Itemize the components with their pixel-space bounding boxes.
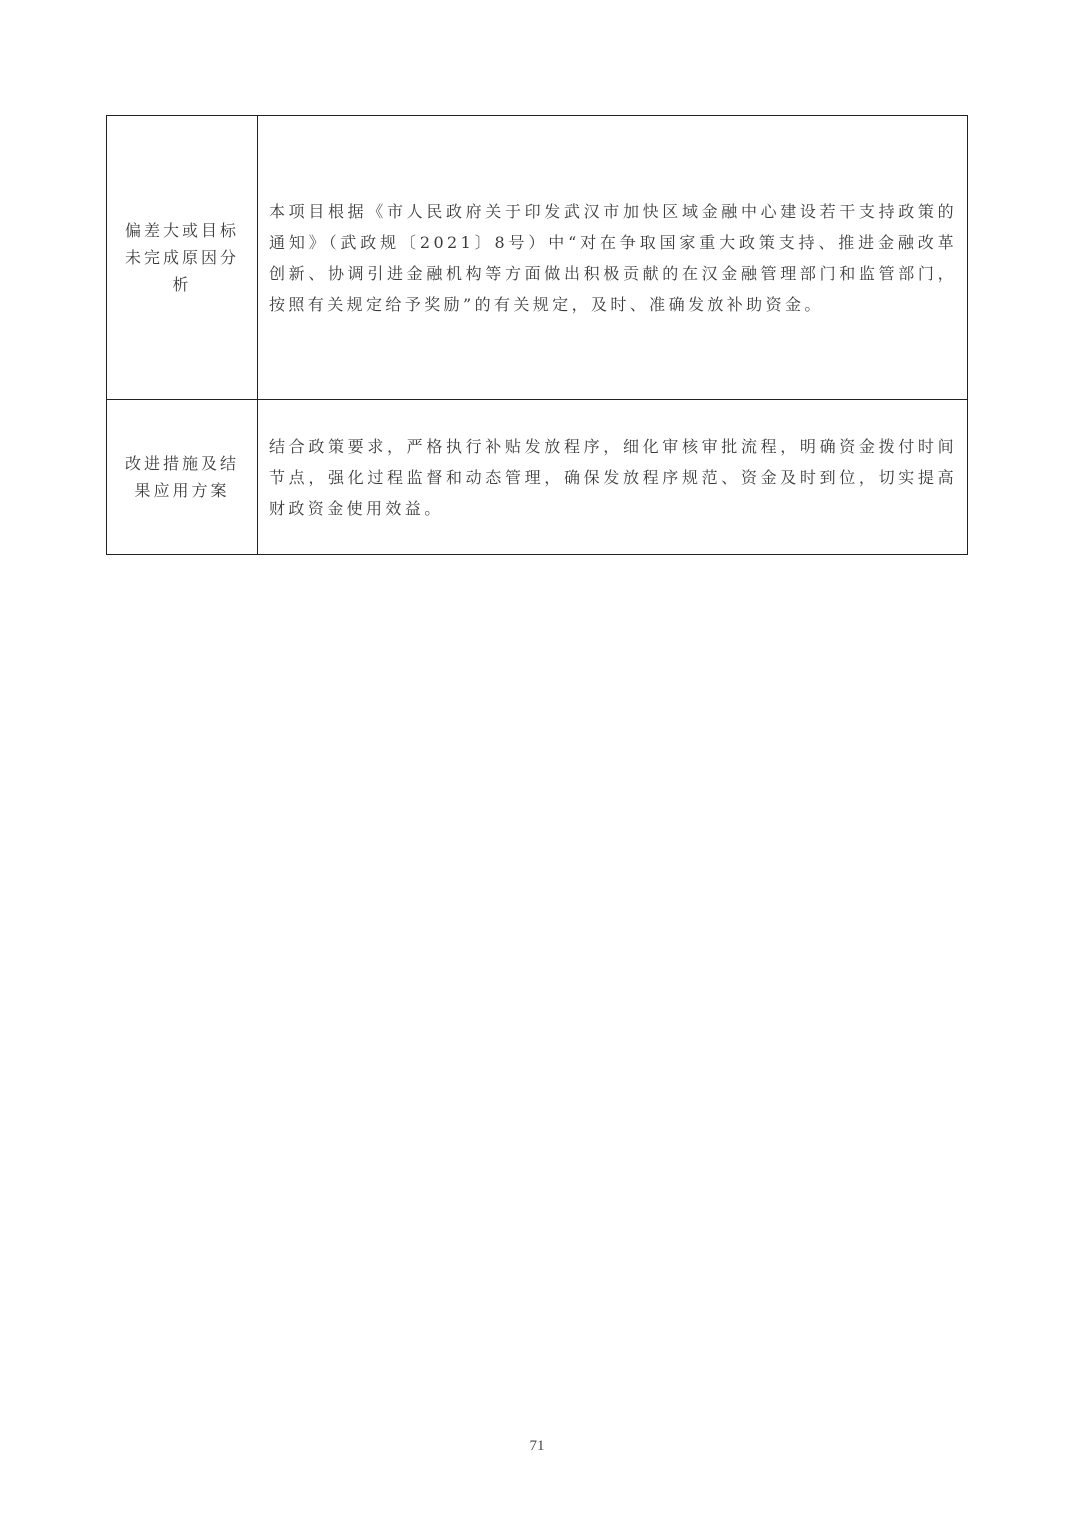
table-row-improvement-measures: 改进措施及结果应用方案 结合政策要求，严格执行补贴发放程序，细化审核审批流程，明… (107, 400, 968, 555)
row-label-deviation-analysis: 偏差大或目标未完成原因分析 (107, 116, 258, 400)
evaluation-table: 偏差大或目标未完成原因分析 本项目根据《市人民政府关于印发武汉市加快区域金融中心… (106, 115, 968, 555)
page-number: 71 (0, 1438, 1074, 1455)
row-content-improvement-measures: 结合政策要求，严格执行补贴发放程序，细化审核审批流程，明确资金拨付时间节点，强化… (258, 400, 968, 555)
row-label-improvement-measures: 改进措施及结果应用方案 (107, 400, 258, 555)
row-content-deviation-analysis: 本项目根据《市人民政府关于印发武汉市加快区域金融中心建设若干支持政策的通知》（武… (258, 116, 968, 400)
table-row-deviation-analysis: 偏差大或目标未完成原因分析 本项目根据《市人民政府关于印发武汉市加快区域金融中心… (107, 116, 968, 400)
